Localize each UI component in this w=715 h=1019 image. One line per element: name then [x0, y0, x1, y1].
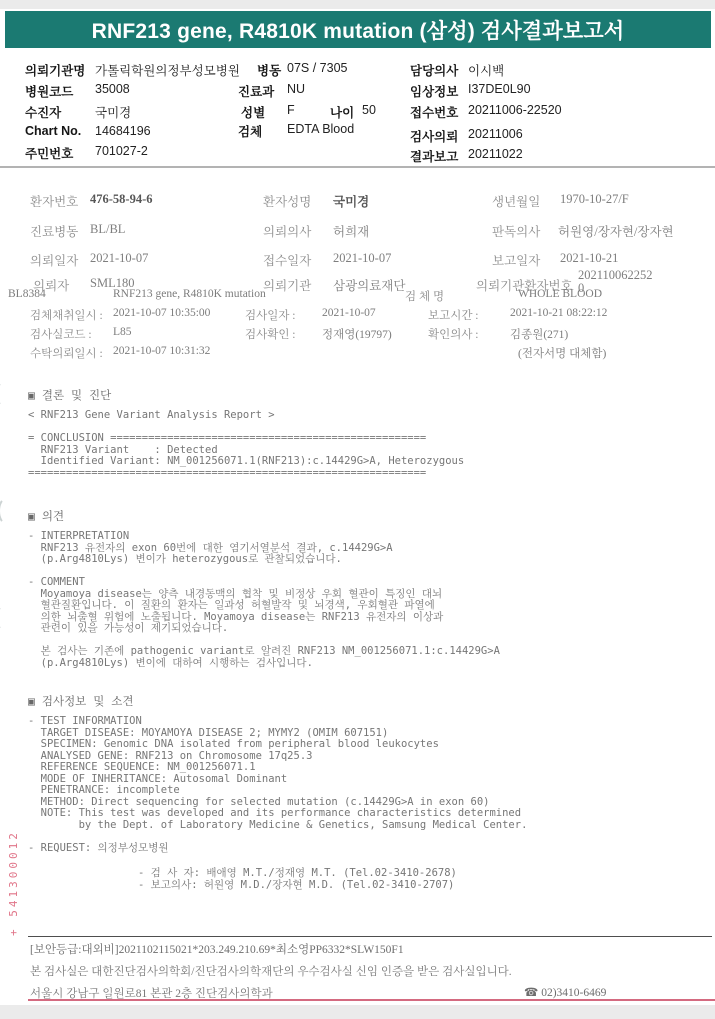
request-date-label: 의뢰일자 [30, 251, 78, 269]
page-title: RNF213 gene, R4810K mutation (삼성) 검사결과보고… [92, 15, 625, 45]
specimen-name-label: 검 체 명 [405, 288, 444, 304]
referral-request-datetime-label: 수탁의뢰일시 : [30, 345, 103, 361]
referring-doctor-label: 의뢰의사 [263, 222, 311, 240]
lab-code-label: 검사실코드 : [30, 326, 92, 342]
field-label-sex: 성별 [241, 103, 265, 121]
signers-text: - 검 사 자: 배애영 M.T./정재영 M.T. (Tel.02-3410-… [138, 868, 457, 891]
field-value-clinical-info: I37DE0L90 [468, 82, 531, 96]
field-label-requesting-org: 의뢰기관명 [25, 61, 85, 79]
field-label-receipt-no: 접수번호 [410, 103, 458, 121]
referral-request-datetime-value: 2021-10-07 10:31:32 [113, 345, 210, 357]
request-date-value: 2021-10-07 [90, 251, 148, 266]
test-date-label: 검사일자 : [245, 307, 296, 323]
field-label-department: 진료과 [238, 82, 274, 100]
ward-label: 진료병동 [30, 222, 78, 240]
footer-top-rule [28, 936, 712, 937]
field-value-receipt-no: 20211006-22520 [468, 103, 562, 117]
field-label-resident-no: 주민번호 [25, 144, 73, 162]
field-value-chart-no: 14684196 [95, 124, 151, 138]
reading-doctor-value: 허원영/장자현/장자현 [558, 222, 674, 240]
field-label-age: 나이 [330, 103, 354, 121]
report-date-label: 보고일자 [492, 251, 540, 269]
report-time-label: 보고시간 : [428, 307, 479, 323]
receipt-date-label: 접수일자 [263, 251, 311, 269]
requesting-institution-label: 의뢰기관 [263, 276, 311, 294]
patient-name-label: 환자성명 [263, 192, 311, 210]
referring-doctor-value: 허희재 [333, 222, 369, 240]
field-value-requesting-org: 가톨릭학원의정부성모병원 [95, 61, 240, 79]
footer-bottom-rule [28, 999, 715, 1001]
title-banner: RNF213 gene, R4810K mutation (삼성) 검사결과보고… [5, 11, 711, 48]
collection-datetime-label: 검체채취일시 : [30, 307, 103, 323]
requesting-institution-value: 삼광의료재단 [333, 276, 405, 294]
verifier-label: 검사확인 : [245, 326, 296, 342]
test-info-text: - TEST INFORMATION TARGET DISEASE: MOYAM… [28, 716, 527, 854]
security-classification-line: [보안등급:대외비]2021102115021*203.249.210.69*최… [30, 941, 404, 957]
field-value-examinee: 국미경 [95, 103, 131, 121]
field-label-clinical-info: 임상정보 [410, 82, 458, 100]
verifier-value: 정재영(19797) [322, 326, 392, 342]
report-page: RNF213 gene, R4810K mutation (삼성) 검사결과보고… [0, 0, 715, 1019]
report-time-value: 2021-10-21 08:22:12 [510, 307, 607, 319]
confirming-doctor-label: 확인의사 : [428, 326, 479, 342]
field-value-hospital-code: 35008 [95, 82, 130, 96]
scan-artifact [0, 380, 14, 408]
reading-doctor-label: 판독의사 [492, 222, 540, 240]
scan-edge-top [0, 0, 715, 9]
patient-no-value: 476-58-94-6 [90, 192, 153, 207]
field-label-test-requested: 검사의뢰 [410, 127, 458, 145]
opinion-text: - INTERPRETATION RNF213 유전자의 exon 60번에 대… [28, 531, 500, 669]
field-value-result-reported: 20211022 [468, 147, 523, 161]
birthdate-value: 1970-10-27/F [560, 192, 629, 207]
test-code: BL8384 [8, 288, 46, 300]
field-value-specimen-type: EDTA Blood [287, 122, 354, 136]
patient-name-value: 국미경 [333, 192, 369, 210]
field-value-department: NU [287, 82, 305, 96]
margin-serial-number: + 541300012 [7, 804, 20, 936]
field-label-examinee: 수진자 [25, 103, 61, 121]
confirming-doctor-value: 김종원(271) [510, 326, 568, 342]
field-label-chart-no: Chart No. [25, 124, 81, 138]
conclusion-text: < RNF213 Gene Variant Analysis Report > … [28, 410, 464, 479]
field-label-hospital-code: 병원코드 [25, 82, 73, 100]
field-label-ward: 병동 [257, 61, 281, 79]
patient-no-label: 환자번호 [30, 192, 78, 210]
field-value-sex: F [287, 103, 295, 117]
section-divider [0, 166, 715, 168]
specimen-name-value: WHOLE BLOOD [518, 288, 602, 300]
conclusion-section-title: ▣ 결론 및 진단 [28, 387, 111, 403]
birthdate-label: 생년월일 [492, 192, 540, 210]
field-value-age: 50 [362, 103, 376, 117]
opinion-section-title: ▣ 의견 [28, 508, 64, 524]
field-label-result-reported: 결과보고 [410, 147, 458, 165]
scan-artifact [0, 604, 14, 632]
scan-edge-bottom [0, 1005, 715, 1019]
report-date-value: 2021-10-21 [560, 251, 618, 266]
accreditation-line: 본 검사실은 대한진단검사의학회/진단검사의학재단의 우수검사실 신임 인증을 … [30, 963, 512, 979]
test-date-value: 2021-10-07 [322, 307, 376, 319]
field-value-test-requested: 20211006 [468, 127, 523, 141]
receipt-date-value: 2021-10-07 [333, 251, 391, 266]
field-value-ward: 07S / 7305 [287, 61, 347, 75]
lab-phone: ☎ 02)3410-6469 [524, 985, 606, 999]
field-value-resident-no: 701027-2 [95, 144, 148, 158]
field-value-attending-doctor: 이시백 [468, 61, 504, 79]
field-label-specimen-type: 검체 [238, 122, 262, 140]
esignature-note: (전자서명 대체함) [518, 345, 606, 361]
collection-datetime-value: 2021-10-07 10:35:00 [113, 307, 210, 319]
field-label-attending-doctor: 담당의사 [410, 61, 458, 79]
test-info-section-title: ▣ 검사정보 및 소견 [28, 693, 133, 709]
test-name: RNF213 gene, R4810K mutation [113, 288, 266, 300]
scan-artifact [0, 497, 16, 525]
lab-code-value: L85 [113, 326, 132, 338]
ward-value: BL/BL [90, 222, 125, 237]
